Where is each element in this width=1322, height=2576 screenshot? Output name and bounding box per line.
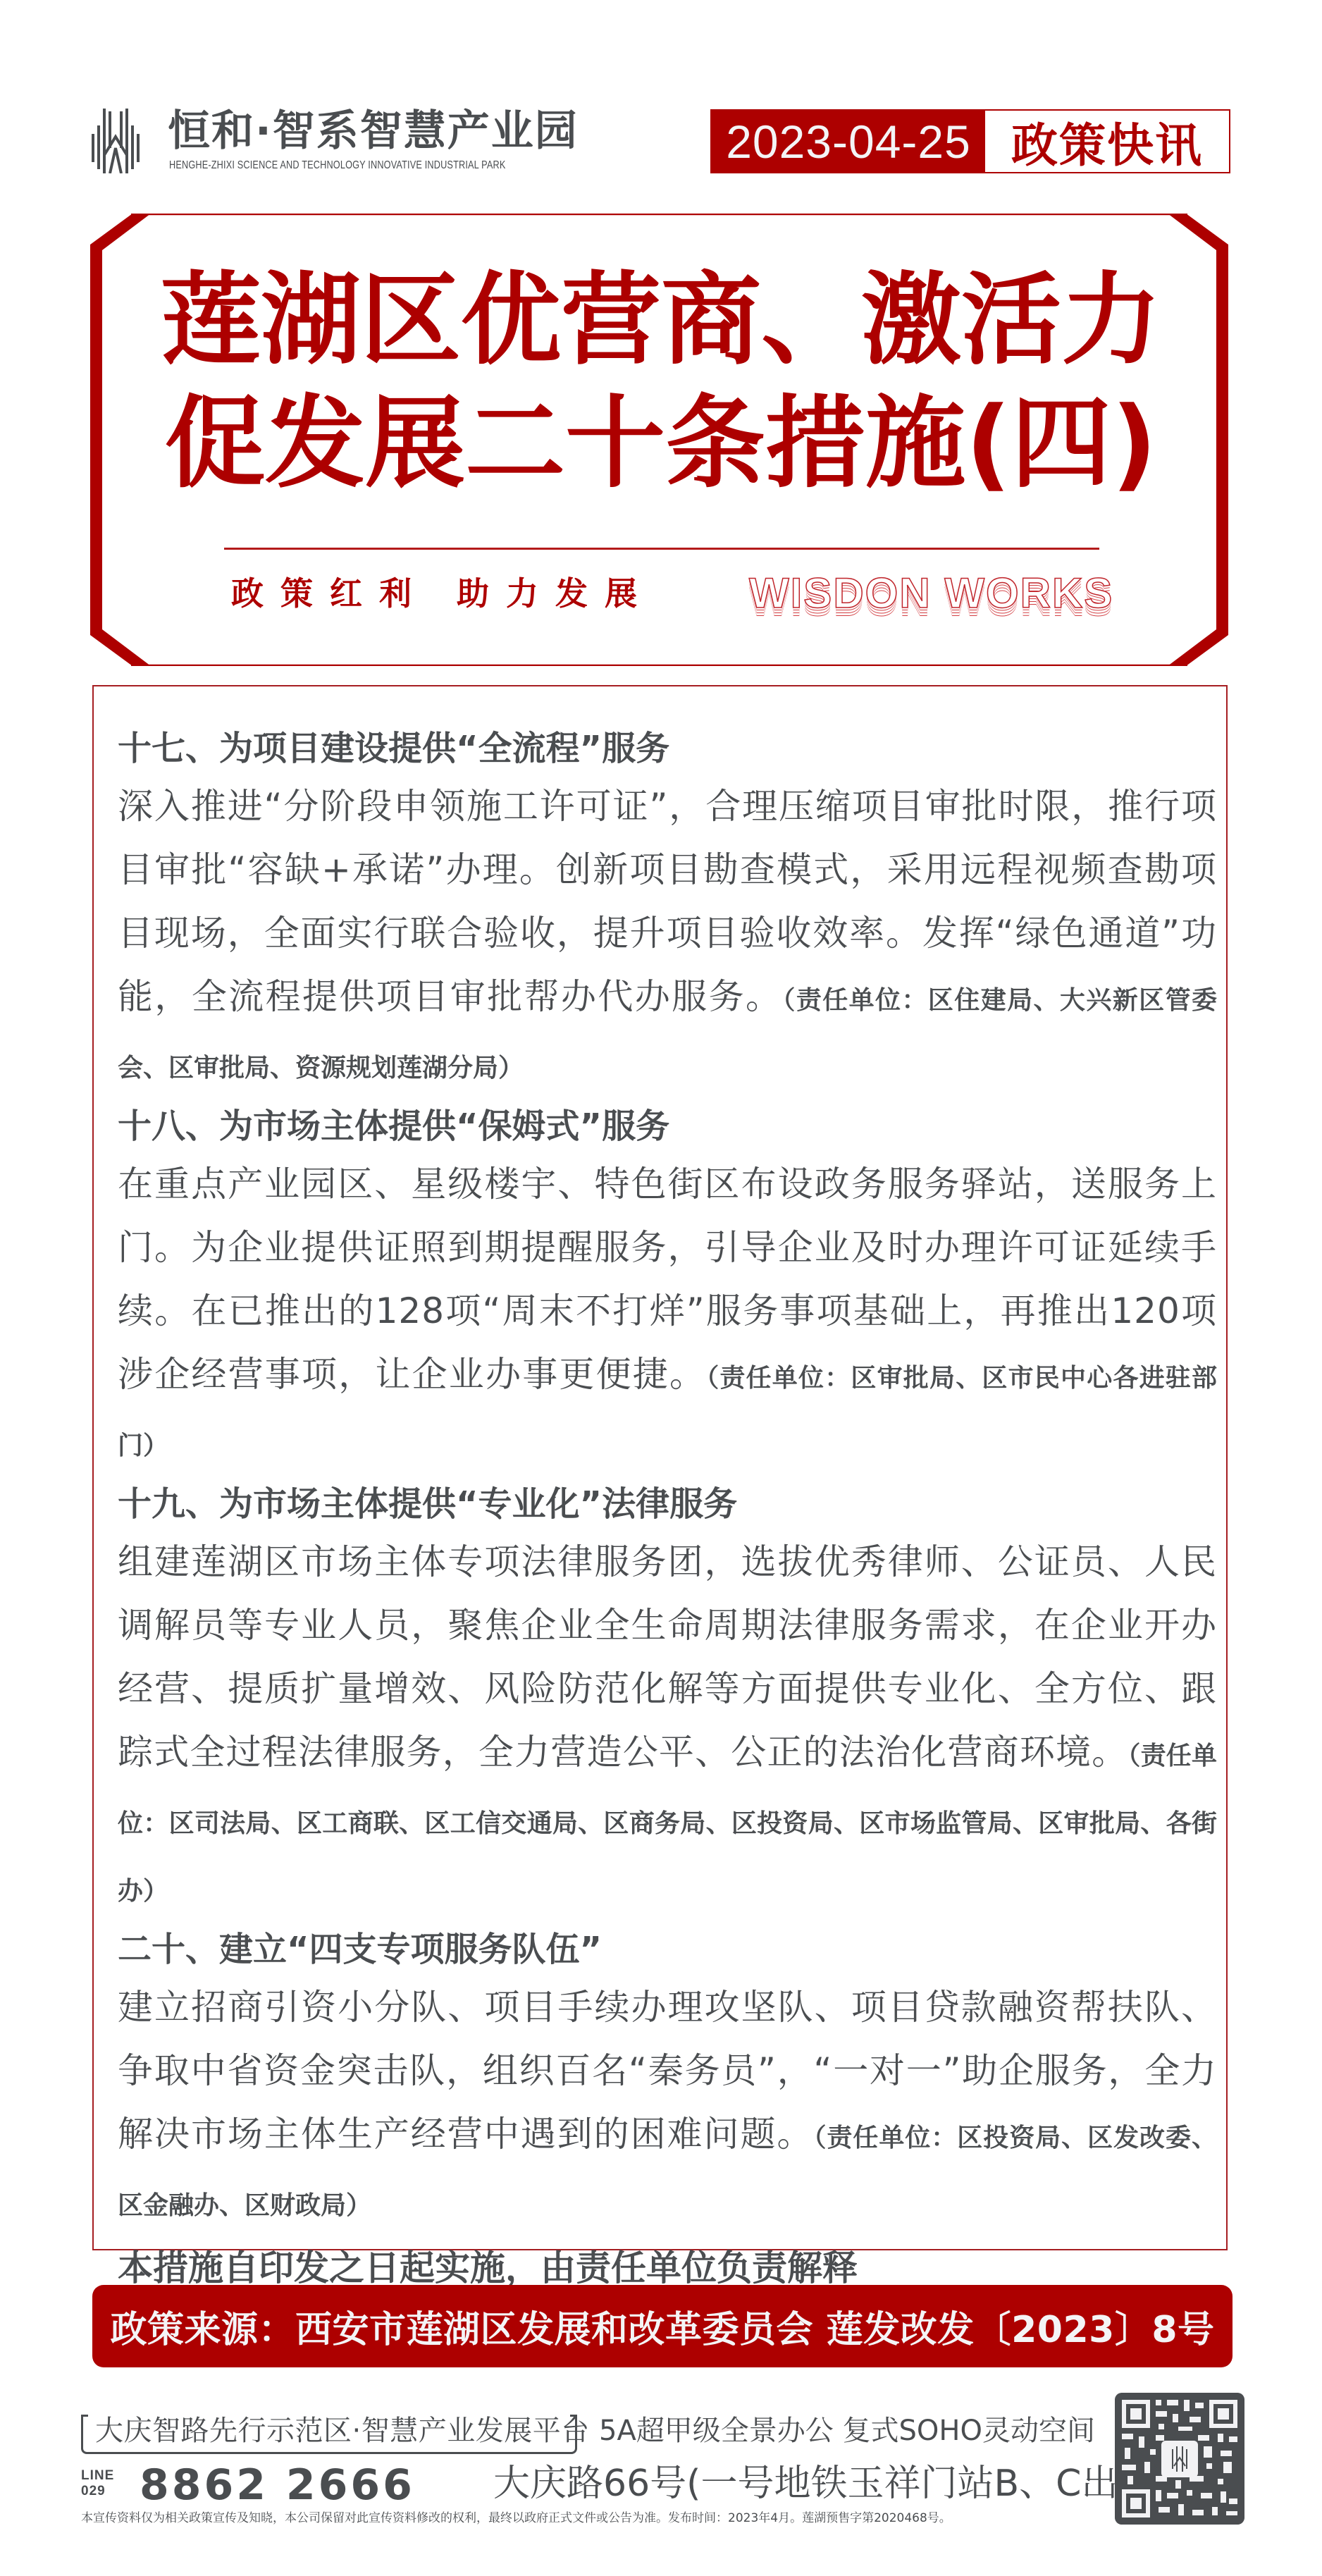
park-name: 恒和·智系智慧产业园 [168, 106, 579, 156]
page-title-line-1: 莲湖区优营商、激活力 [0, 264, 1322, 377]
policy-section-20: 二十、建立“四支专项服务队伍” 建立招商引资小分队、项目手续办理攻坚队、项目贷款… [118, 1923, 1217, 2238]
policy-source: 政策来源：西安市莲湖区发展和改革委员会 莲发改发〔2023〕8号 [110, 2300, 1214, 2353]
badge-label: 政策快讯 [985, 111, 1229, 172]
section-text: 深入推进“分阶段申领施工许可证”，合理压缩项目审批时限，推行项目审批“容缺+承诺… [118, 786, 1217, 1017]
section-heading: 十九、为市场主体提供“专业化”法律服务 [118, 1478, 1217, 1530]
disclaimer: 本宣传资料仅为相关政策宣传及知晓，本公司保留对此宣传资料修改的权利，最终以政府正… [81, 2509, 951, 2527]
section-heading: 十七、为项目建设提供“全流程”服务 [118, 722, 1217, 775]
policy-section-17: 十七、为项目建设提供“全流程”服务 深入推进“分阶段申领施工许可证”，合理压缩项… [118, 722, 1217, 1100]
policy-section-19: 十九、为市场主体提供“专业化”法律服务 组建莲湖区市场主体专项法律服务团，选拔优… [118, 1478, 1217, 1923]
section-body: 在重点产业园区、星级楼宇、特色街区布设政务服务驿站，送服务上门。为企业提供证照到… [118, 1152, 1217, 1478]
policy-content: 十七、为项目建设提供“全流程”服务 深入推进“分阶段申领施工许可证”，合理压缩项… [118, 722, 1217, 2298]
park-english-name: HENGHE-ZHIXI SCIENCE AND TECHNOLOGY INNO… [169, 159, 505, 172]
brand-wordmark: WISDON WORKS [749, 572, 1113, 615]
section-body: 组建莲湖区市场主体专项法律服务团，选拔优秀律师、公证员、人民调解员等专业人员，聚… [118, 1530, 1217, 1923]
address: 大庆路66号(一号地铁玉祥门站B、C出口) [493, 2461, 1169, 2506]
policy-source-bar: 政策来源：西安市莲湖区发展和改革委员会 莲发改发〔2023〕8号 [92, 2285, 1233, 2367]
phone-number[interactable]: 8862 2666 [140, 2463, 415, 2508]
platform-name: 大庆智路先行示范区·智慧产业发展平台 [95, 2413, 590, 2448]
slogan: 政策红利 助力发展 [231, 572, 654, 615]
publish-date: 2023-04-25 [712, 111, 985, 172]
area-code: 029 [81, 2484, 114, 2499]
office-features: 5A超甲级全景办公 复式SOHO灵动空间 [599, 2413, 1095, 2448]
section-heading: 二十、建立“四支专项服务队伍” [118, 1923, 1217, 1976]
section-body: 建立招商引资小分队、项目手续办理攻坚队、项目贷款融资帮扶队、争取中省资金突击队，… [118, 1976, 1217, 2238]
qr-code-icon[interactable] [1115, 2393, 1244, 2525]
line-label-top: LINE [81, 2468, 114, 2484]
section-text: 组建莲湖区市场主体专项法律服务团，选拔优秀律师、公证员、人民调解员等专业人员，聚… [118, 1541, 1217, 1773]
page-title-line-2: 促发展二十条措施(四) [0, 388, 1322, 500]
title-divider [224, 548, 1099, 550]
section-body: 深入推进“分阶段申领施工许可证”，合理压缩项目审批时限，推行项目审批“容缺+承诺… [118, 775, 1217, 1100]
phone-line-label: LINE 029 [81, 2468, 114, 2499]
park-logo-icon [90, 106, 141, 173]
section-text: 在重点产业园区、星级楼宇、特色街区布设政务服务驿站，送服务上门。为企业提供证照到… [118, 1164, 1217, 1395]
policy-section-18: 十八、为市场主体提供“保姆式”服务 在重点产业园区、星级楼宇、特色街区布设政务服… [118, 1100, 1217, 1478]
date-badge: 2023-04-25 政策快讯 [710, 109, 1230, 173]
section-heading: 十八、为市场主体提供“保姆式”服务 [118, 1100, 1217, 1152]
